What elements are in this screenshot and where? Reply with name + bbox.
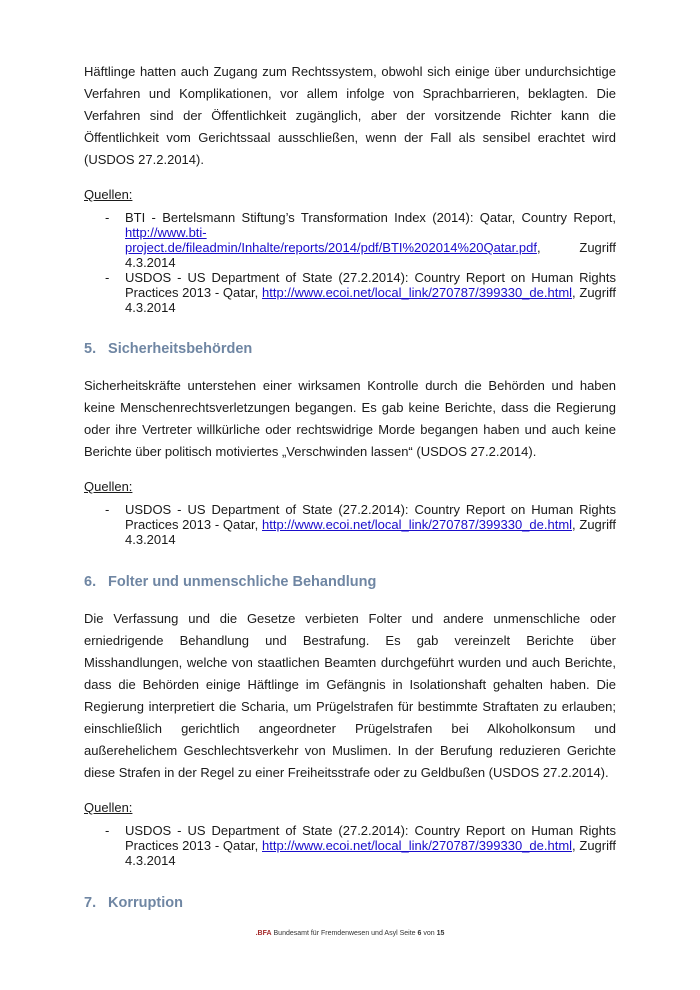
reference-link[interactable]: http://www.bti-project.de/fileadmin/Inha… — [125, 225, 537, 255]
reference-link[interactable]: http://www.ecoi.net/local_link/270787/39… — [262, 285, 572, 300]
reference-item: - BTI - Bertelsmann Stiftung’s Transform… — [84, 210, 616, 270]
section-title: Folter und unmenschliche Behandlung — [108, 574, 376, 590]
list-dash: - — [105, 270, 109, 285]
section-title: Korruption — [108, 895, 183, 911]
section-title: Sicherheitsbehörden — [108, 341, 252, 357]
list-dash: - — [105, 210, 109, 225]
reference-text: BTI - Bertelsmann Stiftung’s Transformat… — [125, 210, 616, 225]
section-heading-security: 5. Sicherheitsbehörden — [84, 339, 616, 359]
reference-list: - BTI - Bertelsmann Stiftung’s Transform… — [84, 210, 616, 315]
bfa-logo: .BFA — [256, 930, 272, 937]
security-paragraph: Sicherheitskräfte unterstehen einer wirk… — [84, 375, 616, 463]
sources-label: Quellen: — [84, 187, 616, 203]
footer-of: von — [421, 930, 436, 937]
section-number: 7. — [84, 893, 104, 913]
footer-org: Bundesamt für Fremdenwesen und Asyl Seit… — [272, 930, 418, 937]
intro-paragraph: Häftlinge hatten auch Zugang zum Rechtss… — [84, 61, 616, 171]
reference-list: - USDOS - US Department of State (27.2.2… — [84, 823, 616, 868]
torture-paragraph: Die Verfassung und die Gesetze verbieten… — [84, 608, 616, 784]
reference-item: - USDOS - US Department of State (27.2.2… — [84, 502, 616, 547]
section-heading-torture: 6. Folter und unmenschliche Behandlung — [84, 572, 616, 592]
page-footer: .BFA Bundesamt für Fremdenwesen und Asyl… — [0, 930, 700, 937]
reference-item: - USDOS - US Department of State (27.2.2… — [84, 823, 616, 868]
section-number: 6. — [84, 572, 104, 592]
reference-list: - USDOS - US Department of State (27.2.2… — [84, 502, 616, 547]
section-heading-corruption: 7. Korruption — [84, 893, 616, 913]
reference-link[interactable]: http://www.ecoi.net/local_link/270787/39… — [262, 517, 572, 532]
reference-item: - USDOS - US Department of State (27.2.2… — [84, 270, 616, 315]
document-page: Häftlinge hatten auch Zugang zum Rechtss… — [84, 61, 616, 913]
list-dash: - — [105, 823, 109, 838]
footer-page-total: 15 — [437, 930, 445, 937]
reference-link[interactable]: http://www.ecoi.net/local_link/270787/39… — [262, 838, 572, 853]
list-dash: - — [105, 502, 109, 517]
section-number: 5. — [84, 339, 104, 359]
sources-label: Quellen: — [84, 479, 616, 495]
sources-label: Quellen: — [84, 800, 616, 816]
